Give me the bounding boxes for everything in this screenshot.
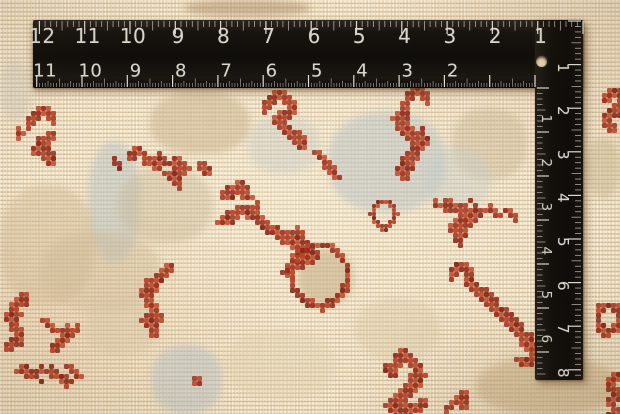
photo-scene: 1211109876543211110987654321234567812345…: [0, 0, 620, 414]
ruler-hanging-hole: [536, 56, 547, 67]
ruler-horizontal-arm: [33, 20, 583, 88]
ruler-vertical-arm: [535, 20, 583, 380]
